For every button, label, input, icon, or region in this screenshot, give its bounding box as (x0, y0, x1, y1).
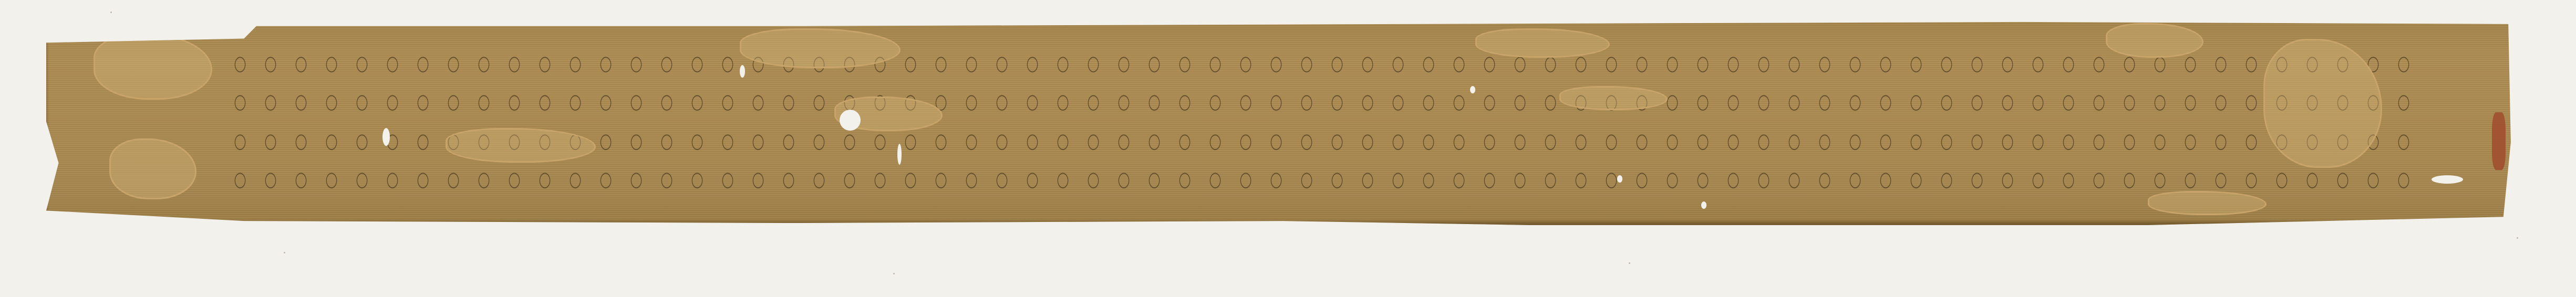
hole (2432, 175, 2463, 184)
hole (1701, 201, 1706, 209)
paper-speck (110, 12, 112, 13)
red-stain (2492, 112, 2506, 170)
script-glyphs (225, 85, 2424, 118)
paper-speck (893, 273, 895, 274)
worm-damage (1559, 86, 1668, 110)
hole (897, 144, 902, 165)
worm-damage (109, 139, 196, 199)
text-line-4: Line 4 of incised Odia script (225, 163, 2424, 195)
text-line-2: Line 2 of incised Odia script (225, 85, 2424, 118)
hole (1617, 175, 1622, 183)
script-glyphs (225, 163, 2424, 195)
text-line-1: Line 1 of incised Odia script (225, 47, 2424, 79)
worm-damage (94, 34, 212, 100)
paper-speck (284, 252, 285, 253)
paper-speck (2517, 237, 2518, 239)
worm-damage (2148, 191, 2267, 215)
hole (382, 128, 390, 146)
worm-damage (1475, 28, 1610, 58)
worm-damage (740, 28, 901, 68)
hole (1470, 86, 1475, 93)
hole (740, 65, 745, 78)
paper-speck (1629, 262, 1630, 264)
script-glyphs (225, 47, 2424, 79)
hole (840, 110, 861, 131)
palm-leaf-manuscript: A single long palm leaf bearing four lin… (46, 18, 2518, 225)
worm-damage (2106, 23, 2203, 58)
